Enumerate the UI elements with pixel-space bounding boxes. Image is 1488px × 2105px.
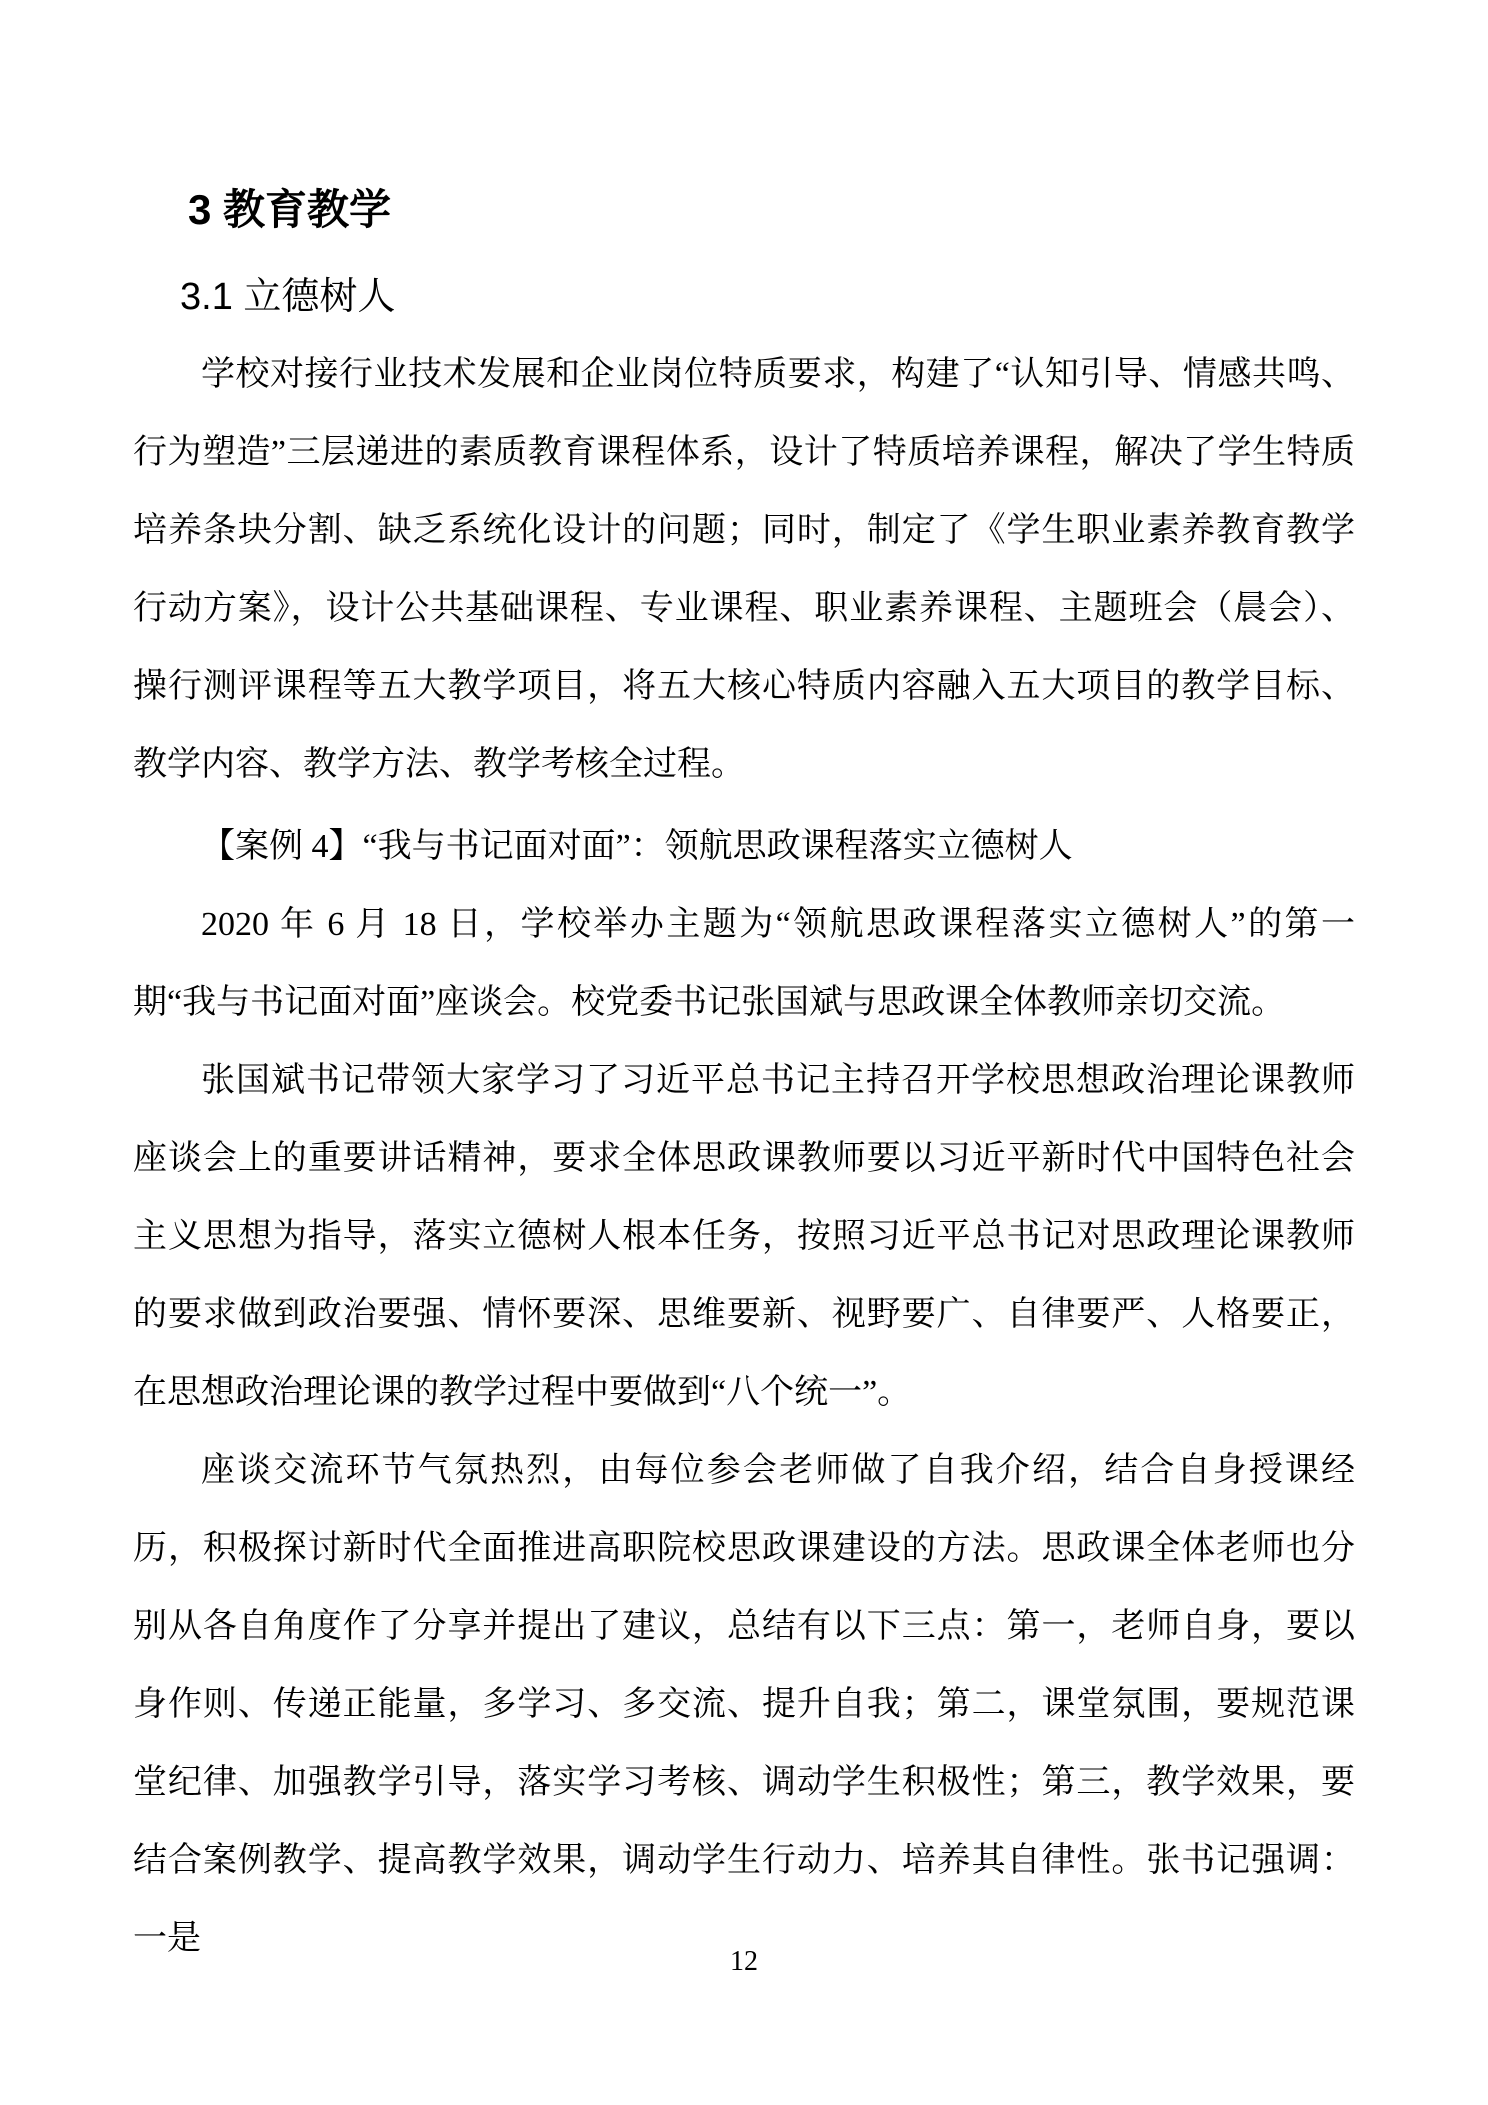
body-paragraph: 2020 年 6 月 18 日，学校举办主题为“领航思政课程落实立德树人”的第一… xyxy=(133,886,1355,1042)
body-paragraph: 座谈交流环节气氛热烈，由每位参会老师做了自我介绍，结合自身授课经历，积极探讨新时… xyxy=(133,1432,1355,1978)
page-number: 12 xyxy=(0,1947,1488,1977)
document-page: 3 教育教学 3.1 立德树人 学校对接行业技术发展和企业岗位特质要求，构建了“… xyxy=(0,0,1488,2105)
section-heading: 3 教育教学 xyxy=(188,186,1355,234)
body-paragraph: 学校对接行业技术发展和企业岗位特质要求，构建了“认知引导、情感共鸣、行为塑造”三… xyxy=(133,336,1355,804)
case-label-paragraph: 【案例 4】“我与书记面对面”：领航思政课程落实立德树人 xyxy=(133,808,1355,886)
subsection-heading: 3.1 立德树人 xyxy=(180,274,1355,320)
body-paragraph: 张国斌书记带领大家学习了习近平总书记主持召开学校思想政治理论课教师座谈会上的重要… xyxy=(133,1042,1355,1432)
